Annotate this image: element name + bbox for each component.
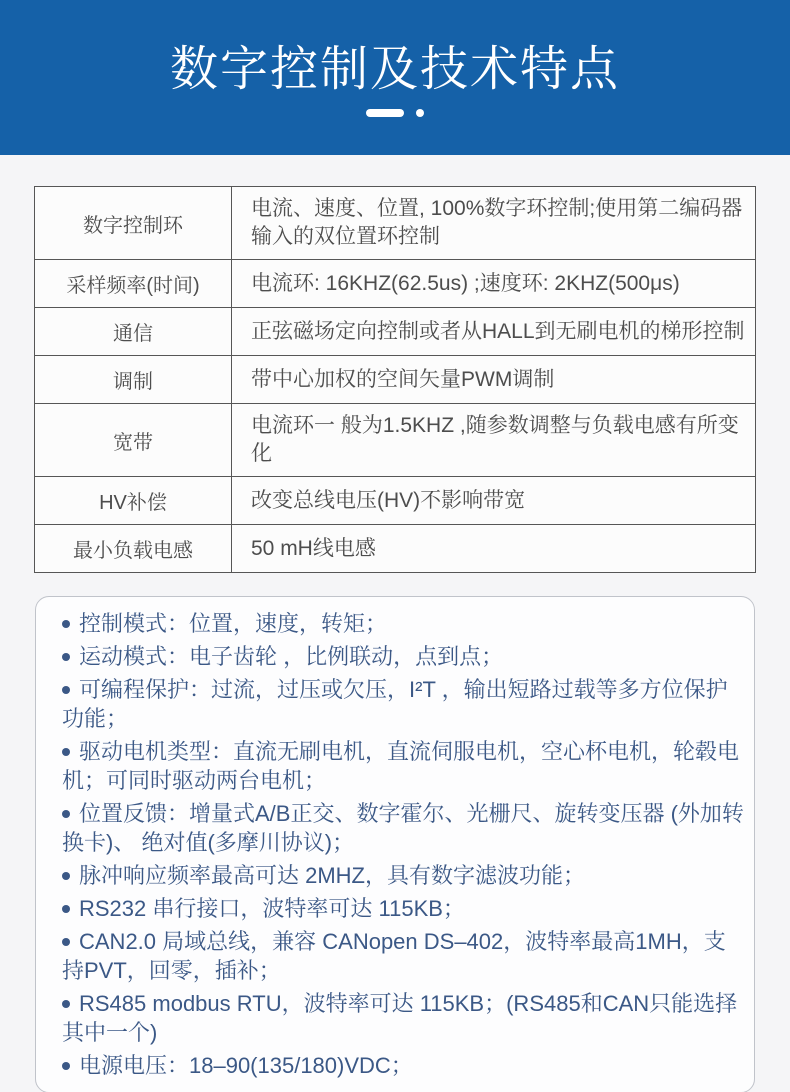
spec-label: HV补偿 — [35, 477, 232, 525]
bullet-icon — [62, 1062, 70, 1070]
table-row: 调制 带中心加权的空间矢量PWM调制 — [35, 356, 756, 404]
list-item: CAN2.0 局域总线，兼容 CANopen DS–402，波特率最高1MH，支… — [62, 927, 746, 985]
spec-value: 带中心加权的空间矢量PWM调制 — [232, 356, 756, 404]
list-item: RS485 modbus RTU，波特率可达 115KB；(RS485和CAN只… — [62, 989, 746, 1047]
bullet-icon — [62, 620, 70, 628]
list-item: 控制模式：位置，速度，转矩； — [62, 609, 746, 638]
feature-text: 可编程保护：过流，过压或欠压，I²T ，输出短路过载等多方位保护功能； — [62, 677, 728, 731]
product-spec-page: 数字控制及技术特点 数字控制环 电流、速度、位置, 100%数字环控制;使用第二… — [0, 0, 790, 1092]
feature-text: 控制模式：位置，速度，转矩； — [79, 611, 387, 636]
feature-text: 电源电压：18–90(135/180)VDC； — [79, 1053, 413, 1078]
bullet-icon — [62, 905, 70, 913]
feature-text: CAN2.0 局域总线，兼容 CANopen DS–402，波特率最高1MH，支… — [62, 929, 726, 983]
list-item: 可编程保护：过流，过压或欠压，I²T ，输出短路过载等多方位保护功能； — [62, 675, 746, 733]
bullet-icon — [62, 686, 70, 694]
features-panel: 控制模式：位置，速度，转矩； 运动模式：电子齿轮 ，比例联动，点到点； 可编程保… — [35, 596, 755, 1092]
title-underline — [366, 109, 424, 117]
spec-label: 最小负载电感 — [35, 525, 232, 573]
spec-label: 宽带 — [35, 404, 232, 477]
underline-dash-icon — [366, 109, 404, 117]
bullet-icon — [62, 1000, 70, 1008]
list-item: RS232 串行接口，波特率可达 115KB； — [62, 894, 746, 923]
feature-text: RS485 modbus RTU，波特率可达 115KB；(RS485和CAN只… — [62, 991, 737, 1045]
bullet-icon — [62, 938, 70, 946]
list-item: 驱动电机类型：直流无刷电机，直流伺服电机，空心杯电机，轮毂电机；可同时驱动两台电… — [62, 737, 746, 795]
feature-text: 驱动电机类型：直流无刷电机，直流伺服电机，空心杯电机，轮毂电机；可同时驱动两台电… — [62, 739, 739, 793]
bullet-icon — [62, 810, 70, 818]
spec-value: 电流环一 般为1.5KHZ ,随参数调整与负载电感有所变化 — [232, 404, 756, 477]
list-item: 脉冲响应频率最高可达 2MHZ，具有数字滤波功能； — [62, 861, 746, 890]
spec-label: 调制 — [35, 356, 232, 404]
underline-dot-icon — [416, 109, 424, 117]
spec-label: 采样频率(时间) — [35, 260, 232, 308]
spec-value: 正弦磁场定向控制或者从HALL到无刷电机的梯形控制 — [232, 308, 756, 356]
spec-value: 电流、速度、位置, 100%数字环控制;使用第二编码器输入的双位置环控制 — [232, 187, 756, 260]
table-row: 最小负载电感 50 mH线电感 — [35, 525, 756, 573]
spec-label: 数字控制环 — [35, 187, 232, 260]
header-banner: 数字控制及技术特点 — [0, 0, 790, 155]
spec-label: 通信 — [35, 308, 232, 356]
feature-text: 位置反馈：增量式A/B正交、数字霍尔、光栅尺、旋转变压器 (外加转换卡)、 绝对… — [62, 801, 744, 855]
bullet-icon — [62, 872, 70, 880]
feature-text: 运动模式：电子齿轮 ，比例联动，点到点； — [79, 644, 503, 669]
spec-table: 数字控制环 电流、速度、位置, 100%数字环控制;使用第二编码器输入的双位置环… — [34, 186, 756, 573]
feature-text: 脉冲响应频率最高可达 2MHZ，具有数字滤波功能； — [79, 863, 585, 888]
list-item: 电源电压：18–90(135/180)VDC； — [62, 1051, 746, 1080]
list-item: 运动模式：电子齿轮 ，比例联动，点到点； — [62, 642, 746, 671]
table-row: HV补偿 改变总线电压(HV)不影响带宽 — [35, 477, 756, 525]
table-row: 通信 正弦磁场定向控制或者从HALL到无刷电机的梯形控制 — [35, 308, 756, 356]
table-row: 宽带 电流环一 般为1.5KHZ ,随参数调整与负载电感有所变化 — [35, 404, 756, 477]
bullet-icon — [62, 653, 70, 661]
spec-value: 改变总线电压(HV)不影响带宽 — [232, 477, 756, 525]
table-row: 采样频率(时间) 电流环: 16KHZ(62.5us) ;速度环: 2KHZ(5… — [35, 260, 756, 308]
bullet-icon — [62, 748, 70, 756]
list-item: 位置反馈：增量式A/B正交、数字霍尔、光栅尺、旋转变压器 (外加转换卡)、 绝对… — [62, 799, 746, 857]
feature-text: RS232 串行接口，波特率可达 115KB； — [79, 896, 465, 921]
spec-value: 电流环: 16KHZ(62.5us) ;速度环: 2KHZ(500μs) — [232, 260, 756, 308]
spec-value: 50 mH线电感 — [232, 525, 756, 573]
page-title: 数字控制及技术特点 — [170, 44, 620, 97]
table-row: 数字控制环 电流、速度、位置, 100%数字环控制;使用第二编码器输入的双位置环… — [35, 187, 756, 260]
